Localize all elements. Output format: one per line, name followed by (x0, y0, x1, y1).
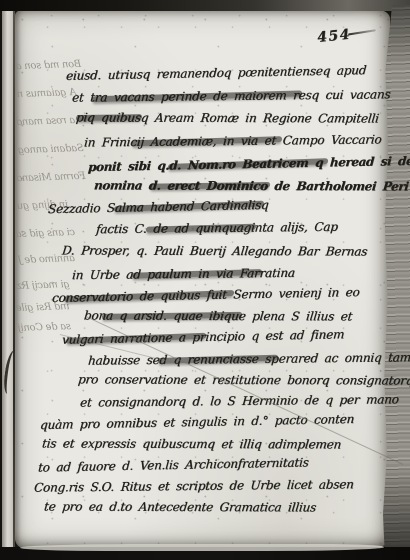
manuscript-scan: 454 Bon md son a A gaiamus n a rosa mand… (0, 0, 410, 560)
bleed-line: a rosa mand (16, 115, 76, 128)
manuscript-line: bona q arsid. quae ibique plena S illius… (83, 309, 353, 324)
ink-strikethrough (64, 290, 234, 302)
manuscript-line: D. Prosper, q. Pauli Buerij Allegando Ba… (61, 243, 368, 258)
ink-strikethrough (76, 114, 143, 121)
ink-strikethrough (146, 224, 256, 233)
scan-top-edge (0, 0, 410, 11)
ink-strikethrough (132, 136, 283, 146)
ink-strikethrough (114, 201, 264, 213)
page-fold-line (13, 7, 15, 549)
ink-strikethrough (66, 333, 206, 344)
ink-strikethrough (92, 90, 303, 102)
manuscript-line: pro conservatione et restitutione bonorq… (77, 372, 410, 387)
ink-strikethrough (132, 269, 263, 279)
bleed-line: ci ans gid sa (16, 227, 75, 240)
manuscript-line: tis et expressis quibuscumq et illiq adi… (41, 436, 342, 451)
ink-strikethrough (102, 312, 243, 320)
bleed-line: Sadani annog (18, 143, 84, 156)
ink-strikethrough (150, 182, 271, 190)
manuscript-line: nomina d. erect Dominico de Bartholomei … (93, 178, 410, 193)
manuscript-line: piq quibusq Aream Romæ in Regione Campit… (75, 110, 379, 125)
ink-strikethrough (168, 158, 328, 170)
manuscript-line: in Urbe ad paulum in via Farratina (71, 266, 295, 282)
manuscript-line: te pro ea d.to Antecedente Gramatica ill… (43, 500, 317, 515)
bleed-line: A gaiamus n (17, 87, 77, 100)
folio-flourish (348, 29, 376, 35)
torn-bottom-edge (20, 544, 384, 551)
manuscript-line: factis C. de ad quinquaginta alijs, Cap (95, 220, 338, 237)
